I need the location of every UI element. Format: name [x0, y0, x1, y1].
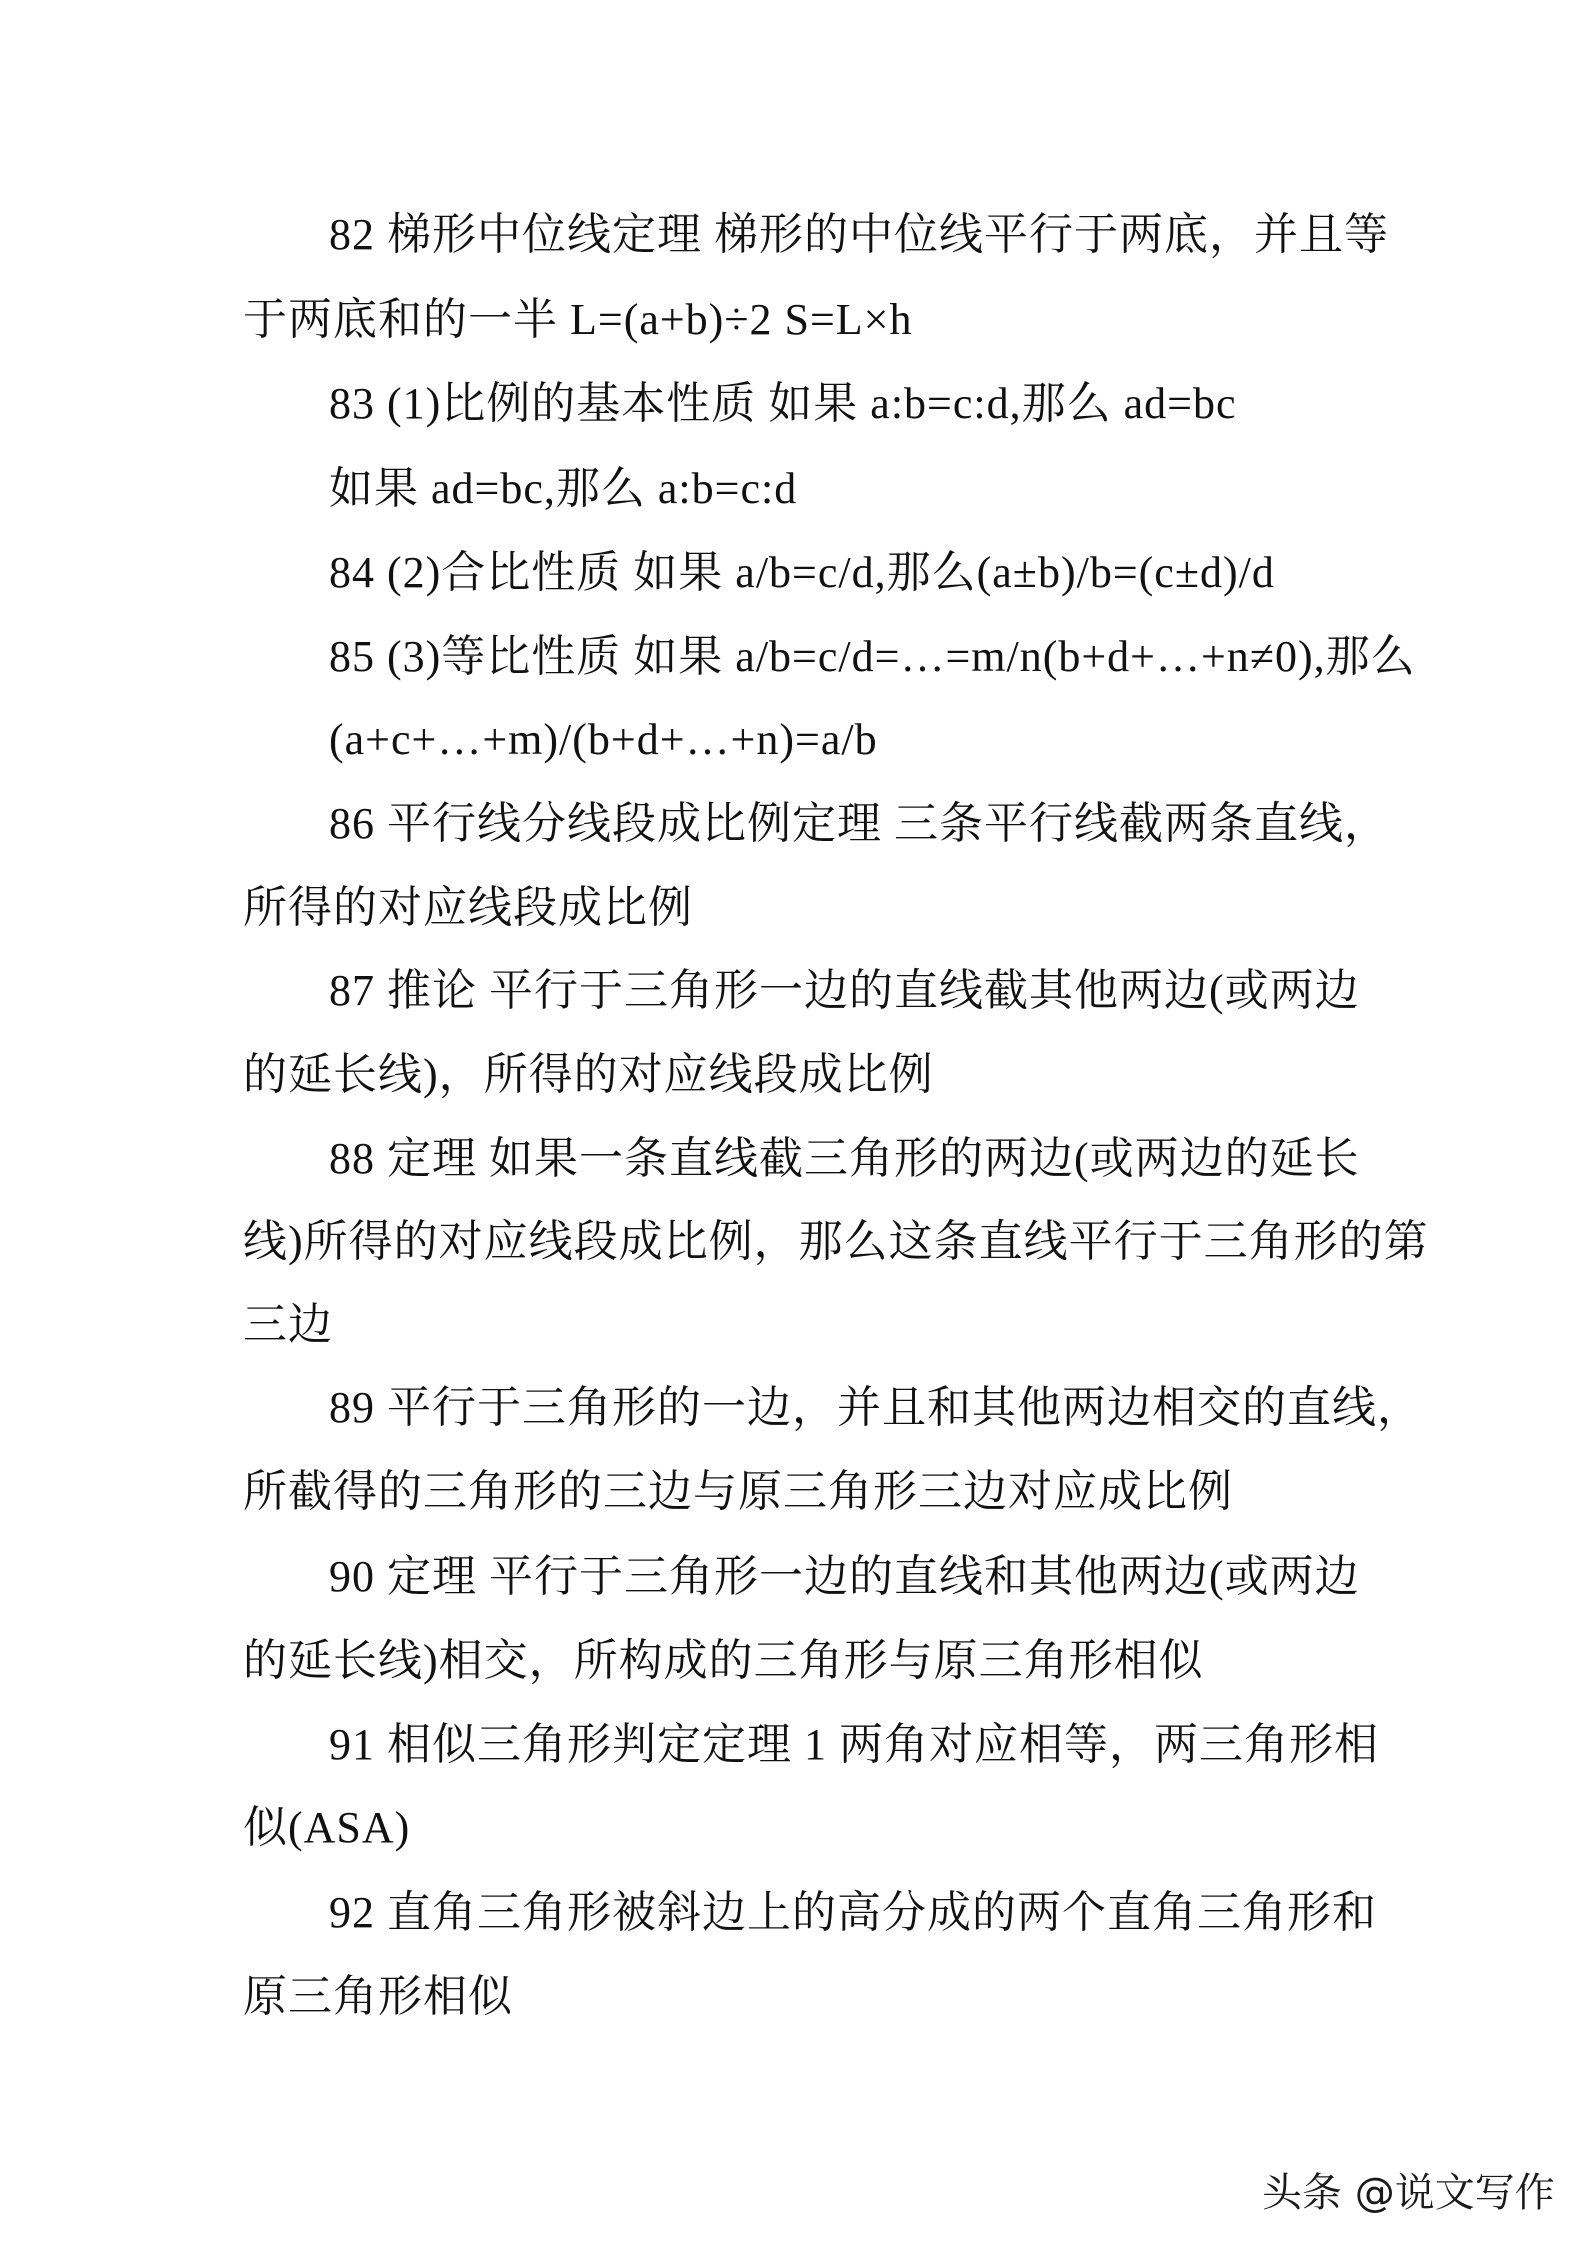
- text-line: 84 (2)合比性质 如果 a/b=c/d,那么(a±b)/b=(c±d)/d: [329, 543, 1364, 603]
- text-line: 线)所得的对应线段成比例，那么这条直线平行于三角形的第: [243, 1212, 1363, 1272]
- text-line: 86 平行线分线段成比例定理 三条平行线截两条直线，: [329, 794, 1364, 854]
- text-line: 的延长线)，所得的对应线段成比例: [243, 1045, 1363, 1105]
- text-line: 89 平行于三角形的一边，并且和其他两边相交的直线，: [329, 1378, 1364, 1438]
- text-line: 原三角形相似: [243, 1967, 1363, 2027]
- watermark: 头条 @说文写作: [1262, 2168, 1555, 2218]
- text-line: 92 直角三角形被斜边上的高分成的两个直角三角形和: [329, 1883, 1364, 1943]
- text-line: 于两底和的一半 L=(a+b)÷2 S=L×h: [243, 290, 1363, 350]
- text-line: 似(ASA): [243, 1798, 1363, 1858]
- text-line: (a+c+…+m)/(b+d+…+n)=a/b: [329, 710, 1364, 770]
- text-line: 如果 ad=bc,那么 a:b=c:d: [329, 459, 1364, 519]
- text-line: 90 定理 平行于三角形一边的直线和其他两边(或两边: [329, 1547, 1364, 1607]
- text-line: 85 (3)等比性质 如果 a/b=c/d=…=m/n(b+d+…+n≠0),那…: [329, 627, 1364, 687]
- text-line: 91 相似三角形判定定理 1 两角对应相等，两三角形相: [329, 1715, 1364, 1775]
- text-line: 的延长线)相交，所构成的三角形与原三角形相似: [243, 1631, 1363, 1691]
- text-line: 87 推论 平行于三角形一边的直线截其他两边(或两边: [329, 961, 1364, 1021]
- text-line: 所截得的三角形的三边与原三角形三边对应成比例: [243, 1462, 1363, 1522]
- text-line: 88 定理 如果一条直线截三角形的两边(或两边的延长: [329, 1129, 1364, 1189]
- text-line: 所得的对应线段成比例: [243, 878, 1363, 938]
- text-line: 83 (1)比例的基本性质 如果 a:b=c:d,那么 ad=bc: [329, 374, 1364, 434]
- document-page: 82 梯形中位线定理 梯形的中位线平行于两底，并且等于两底和的一半 L=(a+b…: [0, 0, 1587, 2245]
- text-line: 三边: [243, 1295, 1363, 1355]
- text-line: 82 梯形中位线定理 梯形的中位线平行于两底，并且等: [329, 205, 1364, 265]
